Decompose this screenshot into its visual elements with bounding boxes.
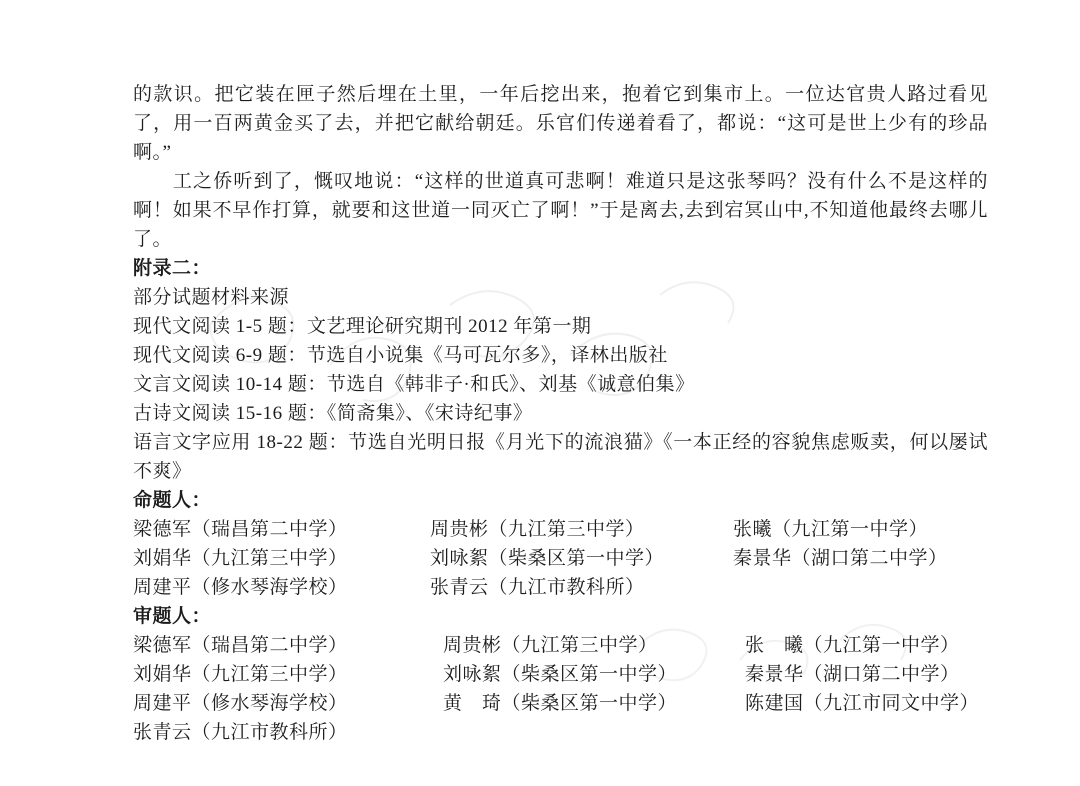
source-line: 古诗文阅读 15-16 题：《简斋集》、《宋诗纪事》: [133, 399, 988, 428]
proposer-cell: 周贵彬（九江第三中学）: [430, 515, 733, 544]
source-line: 现代文阅读 6-9 题：节选自小说集《马可瓦尔多》，译林出版社: [133, 341, 988, 370]
source-line: 文言文阅读 10-14 题：节选自《韩非子·和氏》、刘基《诚意伯集》: [133, 370, 988, 399]
reviewer-cell: 梁德军（瑞昌第二中学）: [133, 631, 443, 660]
proposers-heading: 命题人：: [133, 486, 988, 515]
body-paragraph: 工之侨听到了，慨叹地说：“这样的世道真可悲啊！难道只是这张琴吗？没有什么不是这样…: [133, 167, 988, 254]
source-intro: 部分试题材料来源: [133, 283, 988, 312]
source-line: 现代文阅读 1-5 题：文艺理论研究期刊 2012 年第一期: [133, 312, 988, 341]
reviewers-row: 张青云（九江市教科所）: [133, 718, 988, 747]
source-line: 语言文字应用 18-22 题：节选自光明日报《月光下的流浪猫》《一本正经的容貌焦…: [133, 428, 988, 486]
proposer-cell: 秦景华（湖口第二中学）: [733, 544, 988, 573]
reviewer-cell: [443, 718, 745, 747]
reviewer-cell: 秦景华（湖口第二中学）: [745, 660, 988, 689]
proposer-cell: 张青云（九江市教科所）: [430, 573, 733, 602]
proposers-row: 刘娟华（九江第三中学） 刘咏絮（柴桑区第一中学） 秦景华（湖口第二中学）: [133, 544, 988, 573]
proposer-cell: 张曦（九江第一中学）: [733, 515, 988, 544]
proposers-row: 周建平（修水琴海学校） 张青云（九江市教科所）: [133, 573, 988, 602]
body-paragraph: 的款识。把它装在匣子然后埋在土里，一年后挖出来，抱着它到集市上。一位达官贵人路过…: [133, 80, 988, 167]
reviewers-row: 梁德军（瑞昌第二中学） 周贵彬（九江第三中学） 张 曦（九江第一中学）: [133, 631, 988, 660]
reviewer-cell: 陈建国（九江市同文中学）: [745, 689, 988, 718]
appendix-heading: 附录二：: [133, 254, 988, 283]
reviewers-row: 刘娟华（九江第三中学） 刘咏絮（柴桑区第一中学） 秦景华（湖口第二中学）: [133, 660, 988, 689]
reviewer-cell: 刘娟华（九江第三中学）: [133, 660, 443, 689]
reviewers-row: 周建平（修水琴海学校） 黄 琦（柴桑区第一中学） 陈建国（九江市同文中学）: [133, 689, 988, 718]
proposer-cell: [733, 573, 988, 602]
reviewer-cell: 周贵彬（九江第三中学）: [443, 631, 745, 660]
reviewer-cell: 张青云（九江市教科所）: [133, 718, 443, 747]
proposer-cell: 梁德军（瑞昌第二中学）: [133, 515, 430, 544]
proposer-cell: 刘娟华（九江第三中学）: [133, 544, 430, 573]
reviewers-heading: 审题人：: [133, 602, 988, 631]
scanned-document-page: { "page": { "background_color": "#ffffff…: [0, 0, 1080, 786]
reviewer-cell: 张 曦（九江第一中学）: [745, 631, 988, 660]
reviewer-cell: 黄 琦（柴桑区第一中学）: [443, 689, 745, 718]
reviewer-cell: 周建平（修水琴海学校）: [133, 689, 443, 718]
reviewer-cell: 刘咏絮（柴桑区第一中学）: [443, 660, 745, 689]
reviewer-cell: [745, 718, 988, 747]
document-content: 的款识。把它装在匣子然后埋在土里，一年后挖出来，抱着它到集市上。一位达官贵人路过…: [133, 80, 988, 747]
proposer-cell: 周建平（修水琴海学校）: [133, 573, 430, 602]
proposer-cell: 刘咏絮（柴桑区第一中学）: [430, 544, 733, 573]
proposers-row: 梁德军（瑞昌第二中学） 周贵彬（九江第三中学） 张曦（九江第一中学）: [133, 515, 988, 544]
